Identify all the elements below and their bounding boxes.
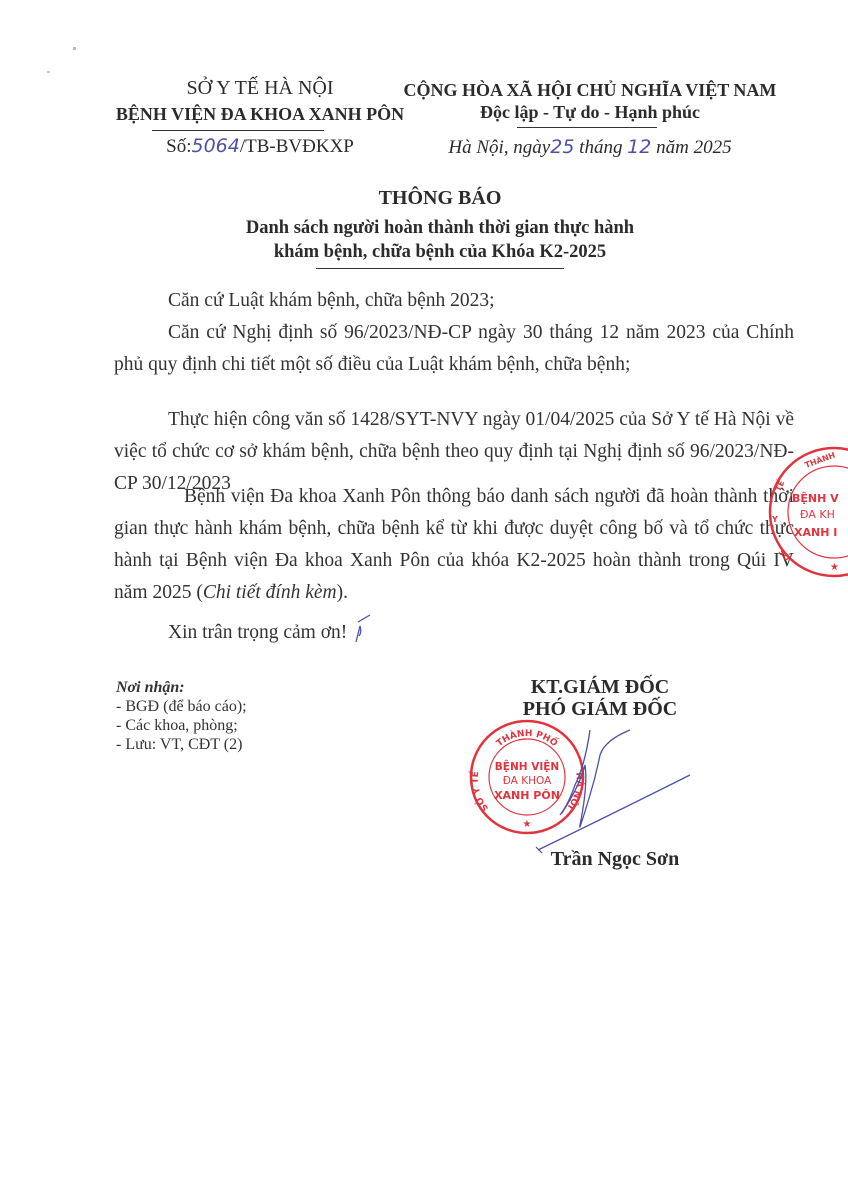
date-month-label: tháng	[579, 137, 622, 158]
announcement-attachment-note: Chi tiết đính kèm	[203, 582, 337, 603]
scan-speck	[47, 71, 50, 73]
document-title: THÔNG BÁO	[200, 187, 680, 210]
announcement-paragraph: Bệnh viện Đa khoa Xanh Pôn thông báo dan…	[114, 481, 794, 609]
document-number: Số:5064/TB-BVĐKXP	[100, 135, 420, 158]
svg-text:Y: Y	[771, 515, 778, 524]
recipients-title: Nơi nhận:	[116, 678, 247, 697]
scan-speck	[73, 47, 76, 50]
document-number-handwritten: 5064	[191, 135, 239, 157]
date-place: Hà Nội, ngày	[448, 137, 550, 158]
date-month-handwritten: 12	[627, 136, 651, 158]
date-day-handwritten: 25	[550, 136, 574, 158]
closing-text: Xin trân trọng cảm ơn!	[168, 622, 347, 643]
organization-name: BỆNH VIỆN ĐA KHOA XANH PÔN	[90, 104, 430, 125]
svg-text:THÀNH: THÀNH	[803, 449, 837, 470]
svg-text:XANH I: XANH I	[794, 526, 837, 539]
announcement-end: ).	[337, 582, 348, 603]
document-subtitle-line-2: khám bệnh, chữa bệnh của Khóa K2-2025	[150, 242, 730, 263]
closing-line: Xin trân trọng cảm ơn!	[114, 614, 794, 649]
recipient-item: - Lưu: VT, CĐT (2)	[116, 735, 247, 754]
issue-date: Hà Nội, ngày25 tháng 12 năm 2025	[395, 136, 785, 159]
date-year: năm 2025	[656, 137, 731, 158]
svg-text:★: ★	[830, 562, 839, 573]
agency-name: SỞ Y TẾ HÀ NỘI	[100, 77, 420, 100]
page-seal-stamp-icon: THÀNH TẾ Y SỞ BỆNH V ĐA KH XANH I ★	[762, 442, 848, 582]
organization-underline	[152, 130, 324, 131]
document-number-suffix: /TB-BVĐKXP	[240, 136, 354, 157]
national-motto: Độc lập - Tự do - Hạnh phúc	[395, 102, 785, 123]
document-subtitle-line-1: Danh sách người hoàn thành thời gian thự…	[150, 218, 730, 239]
svg-text:ĐA KH: ĐA KH	[800, 508, 835, 521]
signer-name: Trần Ngọc Sơn	[450, 848, 750, 871]
recipient-item: - Các khoa, phòng;	[116, 716, 247, 735]
recipients-block: Nơi nhận: - BGĐ (để báo cáo); - Các khoa…	[116, 678, 247, 754]
recipient-item: - BGĐ (để báo cáo);	[116, 697, 247, 716]
svg-text:BỆNH V: BỆNH V	[792, 492, 839, 505]
motto-underline	[517, 127, 657, 128]
legal-basis-paragraph-2: Căn cứ Nghị định số 96/2023/NĐ-CP ngày 3…	[114, 317, 794, 381]
initial-mark-icon	[352, 614, 374, 644]
legal-basis-paragraph-1: Căn cứ Luật khám bệnh, chữa bệnh 2023;	[114, 285, 794, 317]
handwritten-signature-icon	[500, 725, 700, 865]
national-title: CỘNG HÒA XÃ HỘI CHỦ NGHĨA VIỆT NAM	[395, 80, 785, 101]
document-number-prefix: Số:	[166, 136, 191, 157]
title-underline	[316, 268, 564, 269]
signature-title-1: KT.GIÁM ĐỐC	[450, 676, 750, 699]
